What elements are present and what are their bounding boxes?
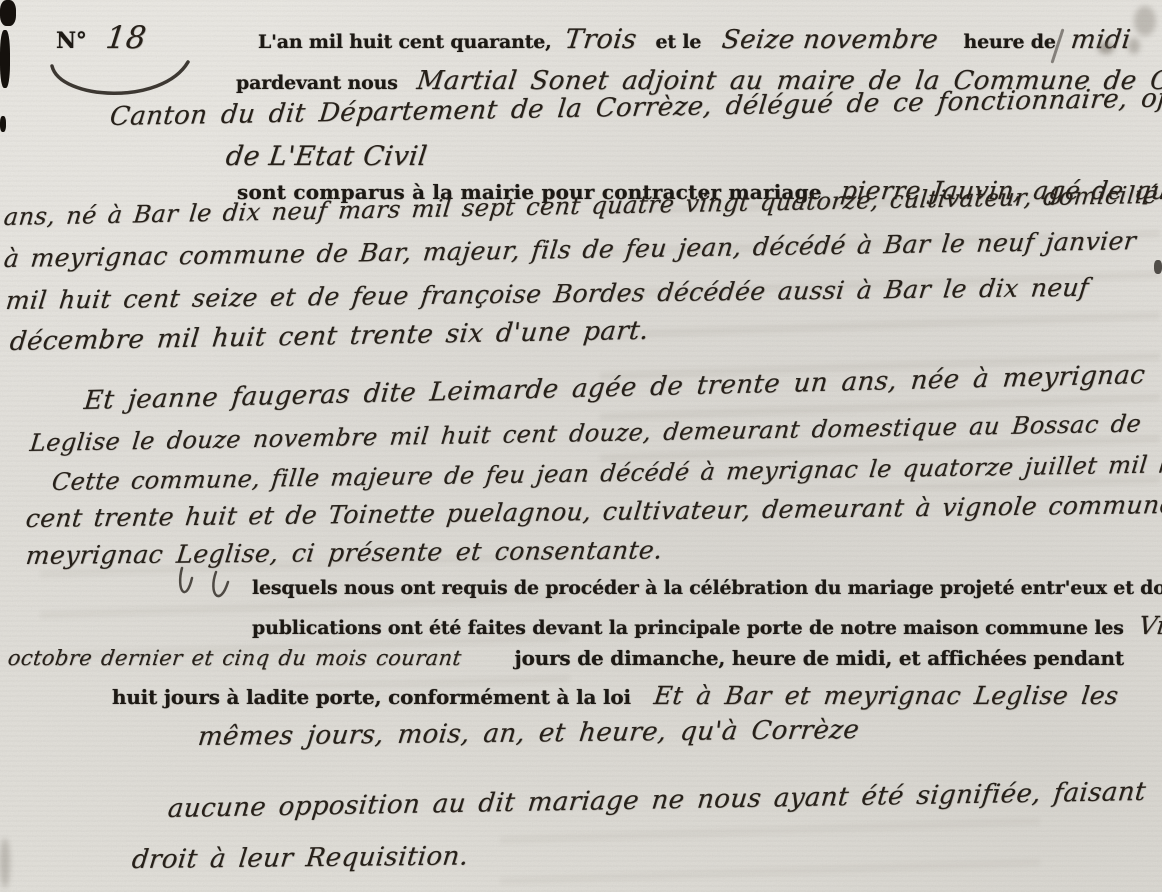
act-line-10: Et jeanne faugeras dite Leimarde agée de… bbox=[84, 360, 1146, 416]
scan-edge-speck bbox=[0, 116, 6, 132]
act-line-13: cent trente huit et de Toinette puelagno… bbox=[26, 490, 1162, 533]
act-line-04: de L'Etat Civil bbox=[226, 141, 427, 172]
handwritten-segment: Vingt neuf bbox=[1137, 611, 1162, 640]
act-line-16: publications ont été faites devant la pr… bbox=[252, 611, 1162, 640]
scan-edge-speck bbox=[0, 30, 10, 88]
scan-edge-speck bbox=[1154, 260, 1162, 274]
registry-number-prefix: N° bbox=[56, 28, 87, 54]
handwritten-segment: octobre dernier et cinq du mois courant bbox=[7, 646, 463, 670]
document-page: N° 18 L'an mil huit cent quarante, Trois… bbox=[0, 0, 1162, 892]
act-line-19: mêmes jours, mois, an, et heure, qu'à Co… bbox=[198, 715, 860, 752]
handwritten-segment: droit à leur Requisition. bbox=[130, 841, 470, 875]
registry-number-value: 18 bbox=[104, 20, 149, 56]
ink-paraph-flourish bbox=[168, 564, 244, 614]
printed-segment: publications ont été faites devant la pr… bbox=[252, 617, 1124, 639]
act-line-11: Leglise le douze novembre mil huit cent … bbox=[30, 410, 1142, 457]
act-line-07: à meyrignac commune de Bar, majeur, fils… bbox=[4, 226, 1137, 273]
registry-number: N° 18 bbox=[56, 20, 146, 56]
act-line-01: L'an mil huit cent quarante, Trois et le… bbox=[258, 24, 1130, 55]
printed-segment: huit jours à ladite porte, conformément … bbox=[112, 685, 631, 709]
act-line-14: meyrignac Leglise, ci présente et consen… bbox=[26, 535, 663, 570]
handwritten-segment: de L'Etat Civil bbox=[224, 141, 429, 172]
handwritten-segment: Leglise le douze novembre mil huit cent … bbox=[29, 410, 1143, 457]
printed-segment: L'an mil huit cent quarante, bbox=[258, 31, 552, 53]
act-line-20: aucune opposition au dit mariage ne nous… bbox=[168, 777, 1146, 824]
printed-segment: heure de bbox=[964, 31, 1056, 53]
handwritten-segment: cent trente huit et de Toinette puelagno… bbox=[24, 490, 1162, 533]
printed-segment: jours de dimanche, heure de midi, et aff… bbox=[515, 646, 1124, 670]
handwritten-segment: Et jeanne faugeras dite Leimarde agée de… bbox=[83, 360, 1147, 416]
act-line-09: décembre mil huit cent trente six d'une … bbox=[10, 316, 649, 357]
act-line-08: mil huit cent seize et de feue françoise… bbox=[6, 273, 1089, 315]
act-line-12: Cette commune, fille majeure de feu jean… bbox=[52, 450, 1162, 496]
act-line-17: octobre dernier et cinq du mois courant … bbox=[8, 646, 1124, 670]
handwritten-segment: Et à Bar et meyrignac Leglise les bbox=[652, 681, 1120, 710]
printed-segment: lesquels nous ont requis de procéder à l… bbox=[252, 577, 1162, 599]
ink-smudge bbox=[1098, 42, 1114, 54]
handwritten-segment: meyrignac Leglise, ci présente et consen… bbox=[24, 535, 664, 570]
handwritten-segment: mêmes jours, mois, an, et heure, qu'à Co… bbox=[196, 715, 861, 752]
bleed-through-texture bbox=[500, 818, 1040, 892]
handwritten-segment: à meyrignac commune de Bar, majeur, fils… bbox=[2, 226, 1137, 273]
act-line-21: droit à leur Requisition. bbox=[132, 841, 469, 875]
handwritten-segment: Trois bbox=[563, 24, 638, 55]
scan-edge-speck bbox=[0, 0, 16, 26]
handwritten-segment: Seize novembre bbox=[721, 25, 941, 55]
act-line-15: lesquels nous ont requis de procéder à l… bbox=[252, 577, 1162, 599]
handwritten-segment: mil huit cent seize et de feue françoise… bbox=[4, 273, 1090, 315]
printed-segment: et le bbox=[655, 31, 701, 53]
ink-smudge bbox=[1128, 38, 1140, 54]
scan-corner-smudge bbox=[1134, 6, 1156, 36]
handwritten-segment: Cette commune, fille majeure de feu jean… bbox=[51, 450, 1162, 496]
handwritten-segment: décembre mil huit cent trente six d'une … bbox=[8, 316, 650, 357]
handwritten-segment: aucune opposition au dit mariage ne nous… bbox=[166, 777, 1147, 824]
scan-edge-smudge bbox=[0, 838, 10, 888]
act-line-18: huit jours à ladite porte, conformément … bbox=[112, 681, 1118, 710]
printed-segment: pardevant nous bbox=[236, 72, 398, 94]
